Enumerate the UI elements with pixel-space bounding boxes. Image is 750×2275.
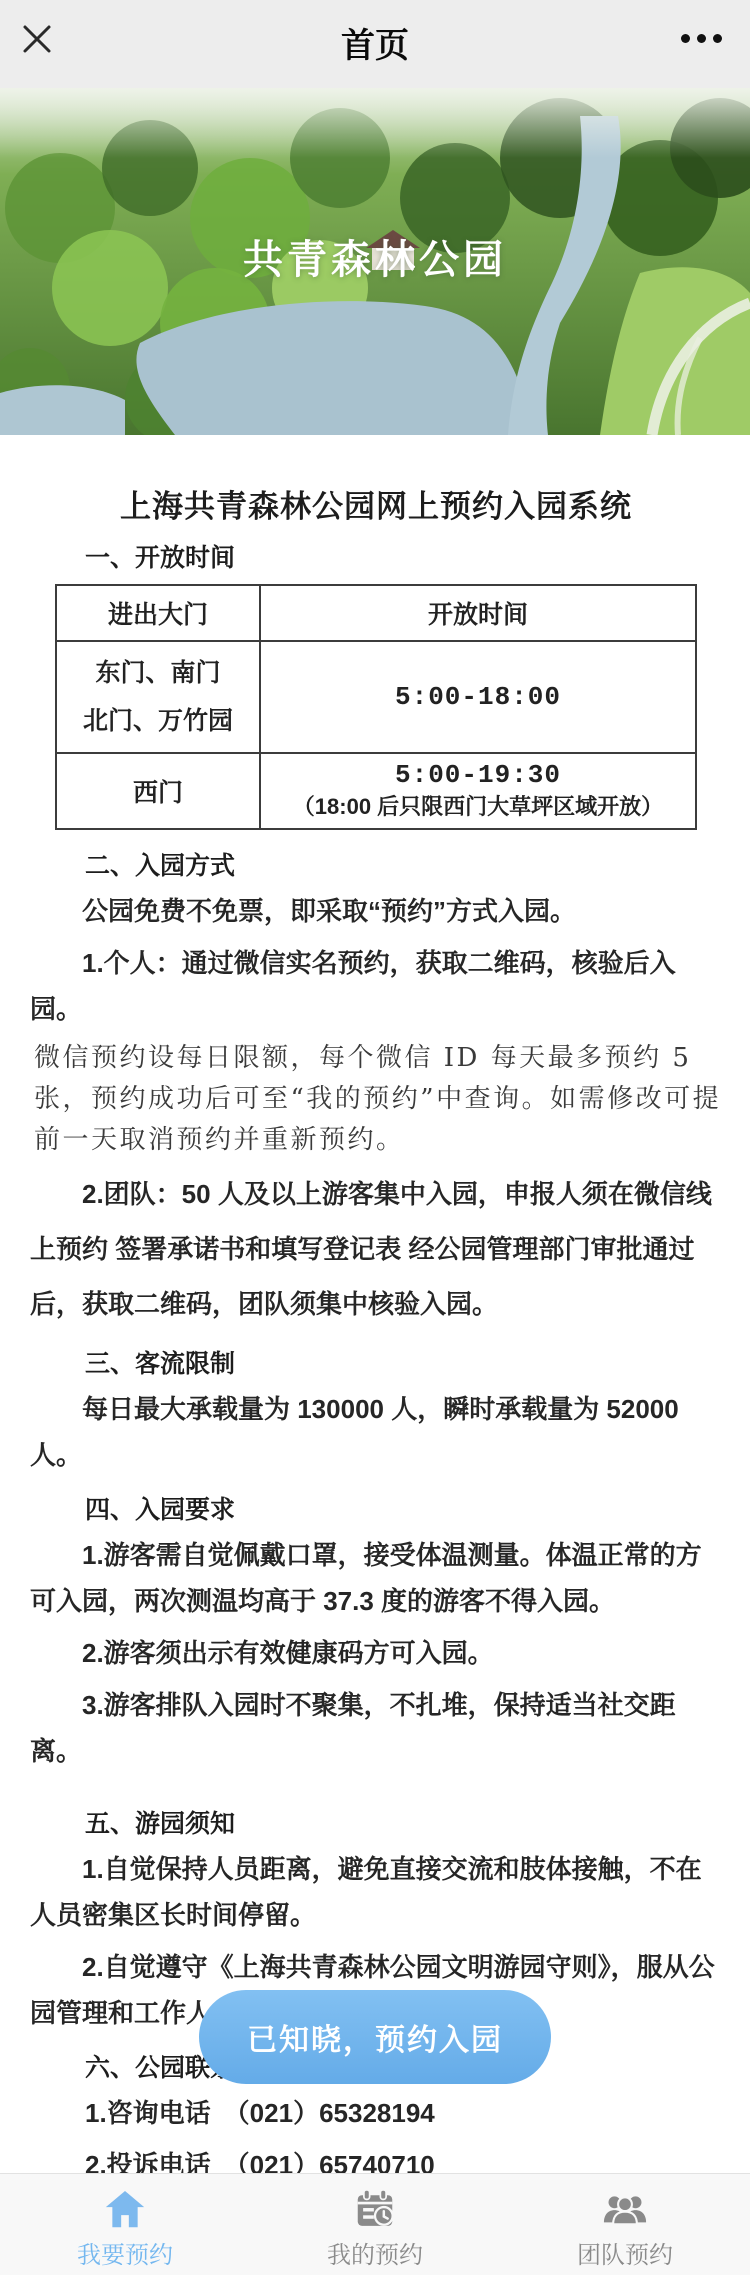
opening-time: 5:00-18:00 xyxy=(395,682,561,712)
section-heading-visit-notes: 五、游园须知 xyxy=(85,1804,722,1840)
opening-hours-table: 进出大门 开放时间 东门、南门 北门、万竹园 5:00-18:00 西门 5:0… xyxy=(55,584,697,830)
group-icon xyxy=(602,2186,648,2232)
paragraph-individual: 1.个人：通过微信实名预约，获取二维码，核验后入园。 xyxy=(30,940,722,1032)
section-heading-entry-method: 二、入园方式 xyxy=(85,846,722,882)
opening-time: 5:00-19:30 xyxy=(395,760,561,790)
tab-group-reservation[interactable]: 团队预约 xyxy=(500,2174,750,2275)
tab-label: 团队预约 xyxy=(577,2235,673,2270)
paragraph-health-code: 2.游客须出示有效健康码方可入园。 xyxy=(30,1630,722,1676)
calendar-clock-icon xyxy=(352,2186,398,2232)
tab-my-reservations[interactable]: 我的预约 xyxy=(250,2174,500,2275)
tab-label: 我要预约 xyxy=(77,2235,173,2270)
more-menu-icon[interactable] xyxy=(681,34,722,43)
navbar: 首页 xyxy=(0,0,750,88)
bottom-tab-bar: 我要预约 我的预约 团队 xyxy=(0,2173,750,2275)
section-heading-opening-hours: 一、开放时间 xyxy=(85,538,722,574)
gate-names-line2: 北门、万竹园 xyxy=(58,697,258,745)
gate-cell: 东门、南门 北门、万竹园 xyxy=(56,641,260,753)
paragraph-keep-distance: 1.自觉保持人员距离，避免直接交流和肢体接触，不在人员密集区长时间停留。 xyxy=(30,1846,722,1938)
table-header-gate: 进出大门 xyxy=(56,585,260,641)
gate-names-line1: 东门、南门 xyxy=(58,649,258,697)
table-header-hours: 开放时间 xyxy=(260,585,696,641)
paragraph-queue-distance: 3.游客排队入园时不聚集，不扎堆，保持适当社交距离。 xyxy=(30,1682,722,1774)
gate-cell: 西门 xyxy=(56,753,260,829)
opening-time-note: （18:00 后只限西门大草坪区域开放） xyxy=(262,792,694,822)
table-row: 西门 5:00-19:30 （18:00 后只限西门大草坪区域开放） xyxy=(56,753,696,829)
acknowledge-reserve-button[interactable]: 已知晓，预约入园 xyxy=(199,1990,551,2084)
section-heading-capacity: 三、客流限制 xyxy=(85,1344,722,1380)
hours-cell: 5:00-19:30 （18:00 后只限西门大草坪区域开放） xyxy=(260,753,696,829)
paragraph-inquiry-phone: 1.咨询电话 （021）65328194 xyxy=(85,2090,722,2136)
notice-document: 上海共青森林公园网上预约入园系统 一、开放时间 进出大门 开放时间 东门、南门 … xyxy=(0,435,750,2188)
paragraph-free-ticket: 公园免费不免票，即采取“预约”方式入园。 xyxy=(30,888,722,934)
section-heading-requirements: 四、入园要求 xyxy=(85,1490,722,1526)
paragraph-group: 2.团队：50 人及以上游客集中入园，申报人须在微信线上预约 签署承诺书和填写登… xyxy=(30,1167,722,1332)
park-name-overlay: 共青森林公园 xyxy=(0,228,750,285)
home-icon xyxy=(102,2186,148,2232)
page-title: 首页 xyxy=(0,18,750,67)
document-title: 上海共青森林公园网上预约入园系统 xyxy=(30,481,722,526)
table-row: 东门、南门 北门、万竹园 5:00-18:00 xyxy=(56,641,696,753)
hero-photo: 共青森林公园 xyxy=(0,88,750,435)
tab-reserve[interactable]: 我要预约 xyxy=(0,2174,250,2275)
paragraph-capacity: 每日最大承载量为 130000 人，瞬时承载量为 52000 人。 xyxy=(30,1386,722,1478)
table-header-row: 进出大门 开放时间 xyxy=(56,585,696,641)
paragraph-wechat-quota: 微信预约设每日限额，每个微信 ID 每天最多预约 5 张，预约成功后可至“我的预… xyxy=(34,1038,722,1161)
wechat-miniprogram-screen: 首页 xyxy=(0,0,750,2275)
tab-label: 我的预约 xyxy=(327,2235,423,2270)
hours-cell: 5:00-18:00 xyxy=(260,641,696,753)
paragraph-mask-temperature: 1.游客需自觉佩戴口罩，接受体温测量。体温正常的方可入园，两次测温均高于 37.… xyxy=(30,1532,722,1624)
